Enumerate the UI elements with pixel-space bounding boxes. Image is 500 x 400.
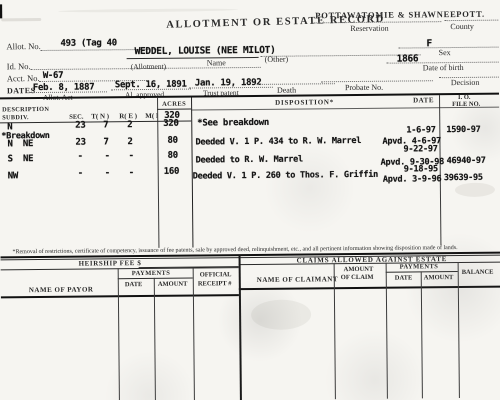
allottee-label: (Allotment) [131,63,166,71]
death-label: Death [277,87,296,95]
decision-label: Decision [451,79,480,87]
land-row-subdiv: S NE [8,155,34,164]
land-row-t: - [105,169,110,178]
land-row-date: 1-6-97 [406,126,435,135]
land-row-file-no: 1590-97 [446,126,480,135]
land-row-file-no: 46940-97 [447,157,486,166]
payments-header-rule-left [118,278,193,280]
heirship-header-bottom-rule [1,294,239,298]
payments-header-left: PAYMENTS [132,271,171,278]
reservation-value: POTTAWATOMIE & SHAWNEE [315,10,456,20]
land-row-sec: 23 [75,139,85,148]
name-of-claimant-header: NAME OF CLAIMANT [257,276,338,284]
allottee-name-value: WEDDEL, LOUISE (NEE MILOT) [135,46,276,57]
land-row-t: 7 [103,121,108,130]
dob-label: Date of birth [423,64,464,72]
land-row-file-no: 39639-95 [444,174,483,183]
document-page: ALLOTMENT OR ESTATE RECORD POTTAWATOMIE … [0,0,500,400]
land-row-disposition: Deeded V. 1 P. 434 to R. W. Marrel [195,137,361,147]
probate-no-label: Probate No. [345,84,383,92]
io-file-header-line2: FILE NO. [452,102,480,109]
payor-date-col-rule [118,268,120,400]
land-row-r: 2 [127,138,132,147]
table-divider-rule [239,255,242,400]
heirship-fee-title: HEIRSHIP FEE $ [79,260,142,268]
name-rule [127,57,259,59]
payments-header-right: PAYMENTS [400,264,439,271]
name-of-payor-header: NAME OF PAYOR [29,287,94,295]
land-row-subdiv: NW [8,172,18,181]
amount-header-right: AMOUNT [424,275,454,282]
id-no-label: Id. No. [7,62,31,71]
sex-label: Sex [439,49,451,57]
amountclaim-date-col-rule [386,263,388,399]
acct-no-label: Acct. No. [7,74,40,83]
land-row-acres: 80 [168,152,178,161]
land-row-acres: 80 [167,137,177,146]
amount-header-left: AMOUNT [158,282,188,289]
date-header: DATE [413,97,434,104]
land-row-subdiv: N NE [7,140,33,149]
subdiv-header: SUBDIV. [2,115,29,122]
amount-of-claim-header-line2: OF CLAIM [341,275,374,282]
date-header-right: DATE [395,275,413,282]
land-row-r: 2 [127,121,132,130]
scanned-allotment-record: ALLOTMENT OR ESTATE RECORD POTTAWATOMIE … [0,0,500,400]
heirship-header-rule [1,267,239,270]
acres-header: ACRES [162,102,186,109]
land-row-r: - [129,169,134,178]
scan-smudge [251,299,311,330]
date-amount-col-rule-right [421,271,423,398]
name-label: Name [207,59,226,67]
county-value: POTT. [456,10,485,19]
land-row-apvd-date: Apvd. 3-9-96 [383,175,442,184]
land-row-disposition: Deeded V. 1 P. 260 to Thos. F. Griffin [193,171,378,181]
land-row-disposition: *See breakdown [197,119,269,129]
allot-no-label: Allot. No. [6,42,40,51]
land-row-disposition: Deeded to R. W. Marrel [196,155,303,165]
claimant-amount-col-rule [334,263,336,399]
amount-receipt-col-rule [193,268,195,400]
amount-balance-col-rule [458,262,460,398]
land-row-acres: 320 [163,120,178,129]
reservation-label: Reservation [350,25,388,33]
land-row-sec: 23 [75,122,85,131]
scan-smudge [455,183,495,197]
land-row-acres: 160 [164,168,179,177]
scan-smudge [1,18,41,21]
acct-no-value: W-67 [43,72,64,81]
scan-smudge [58,8,238,13]
file-col-left-rule [439,95,441,245]
disposition-header: DISPOSITION* [275,99,334,107]
balance-header: BALANCE [462,270,494,277]
land-row-t: - [105,152,110,161]
date-header-left: DATE [125,282,143,289]
amount-of-claim-header-line1: AMOUNT [344,267,374,274]
claims-title-rule [239,262,500,266]
description-header: DESCRIPTION [2,107,49,114]
meridian-header: M( I. M [145,113,157,120]
claims-header-bottom-rule [239,286,500,290]
allot-no-value: 493 (Tag 40 [60,39,116,49]
scan-corner-mark [0,4,2,18]
official-receipt-header-line2: RECEIPT # [198,281,232,288]
land-row-sec: - [78,170,83,179]
official-receipt-header-line1: OFFICIAL [200,272,232,279]
acres-header-rule [157,109,191,110]
land-row-t: 7 [103,138,108,147]
land-row-date: 9-22-97 [403,145,437,154]
land-row-sec: - [78,153,83,162]
other-label: (Other) [265,56,289,64]
county-label: County [450,23,474,31]
land-row-date: 9-18-95 [404,165,438,174]
land-row-r: - [129,152,134,161]
